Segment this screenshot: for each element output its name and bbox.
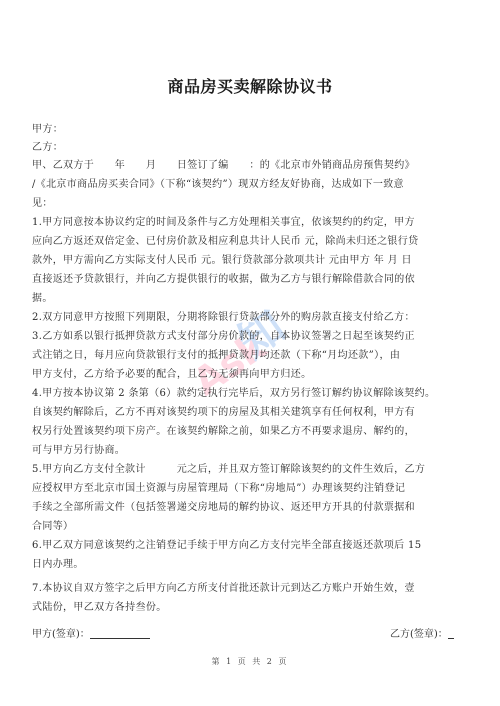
clause-2-line-1: 2.双方同意甲方按照下列期限，分期将除银行贷款部分外的购房款直接支付给乙方： <box>32 312 472 324</box>
clause-3-line-3: 甲方支付，乙方给予必要的配合，且乙方无须再向甲方归还。 <box>32 369 472 381</box>
body-line-1: 甲、乙双方于 年 月 日签订了编 ：的《北京市外销商品房预售契约》 <box>32 160 472 172</box>
clause-1-line-5: 据。 <box>32 293 472 305</box>
signature-party-b-label: 乙方(签章)： <box>390 629 448 640</box>
clause-6-line-2: 日内办理。 <box>32 559 472 571</box>
clause-5-line-2: 应授权甲方至北京市国土资源与房屋管理局（下称“房地局”）办理该契约注销登记 <box>32 483 472 495</box>
body-line-3: 见： <box>32 198 472 210</box>
clause-1-line-1: 1.甲方同意按本协议约定的时间及条件与乙方处理相关事宜，依该契约的约定，甲方 <box>32 217 472 229</box>
clause-5-line-4: 合同等） <box>32 521 472 533</box>
body-line-2: /《北京市商品房买卖合同》（下称“该契约”）现双方经友好协商，达成如下一致意 <box>32 179 472 191</box>
document-page: Ask 知 商品房买卖解除协议书 甲方： 乙方： 甲、乙双方于 年 月 日签订了… <box>0 0 500 706</box>
signature-party-b: 乙方(签章)： <box>390 625 454 640</box>
clause-1-line-4: 直接返还予贷款银行，并向乙方提供银行的收据，做为乙方与银行解除借款合同的依 <box>32 274 472 286</box>
signature-party-a: 甲方(签章)： <box>32 625 150 640</box>
clause-7-line-2: 式陆份，甲乙双方各持叁份。 <box>32 602 472 614</box>
clause-4-line-2: 自该契约解除后，乙方不再对该契约项下的房屋及其相关建筑享有任何权利，甲方有 <box>32 407 472 419</box>
clause-5-line-1: 5.甲方向乙方支付全款计 元之后，并且双方签订解除该契约的文件生效后，乙方 <box>32 464 472 476</box>
clause-7-line-1: 7.本协议自双方签字之后甲方向乙方所支付首批还款计元到达乙方账户开始生效，壹 <box>32 583 472 595</box>
party-b-label: 乙方： <box>32 142 472 154</box>
signature-party-b-line <box>448 628 454 639</box>
clause-3-line-1: 3.乙方如系以银行抵押贷款方式支付部分房价款的，自本协议签署之日起至该契约正 <box>32 331 472 343</box>
clause-4-line-1: 4.甲方按本协议第 2 条第（6）款约定执行完毕后，双方另行签订解约协议解除该契… <box>32 388 472 400</box>
clause-4-line-4: 可与甲方另行协商。 <box>32 445 472 457</box>
clause-4-line-3: 权另行处置该契约项下房产。在该契约解除之前，如果乙方不再要求退房、解约的， <box>32 426 472 438</box>
document-title: 商品房买卖解除协议书 <box>0 74 500 97</box>
clause-5-line-3: 手续之全部所需文件（包括签署递交房地局的解约协议、返还甲方开具的付款票据和 <box>32 502 472 514</box>
page-footer: 第 1 页 共 2 页 <box>0 656 500 667</box>
clause-6-line-1: 6.甲乙双方同意该契约之注销登记手续于甲方向乙方支付完毕全部直接返还款项后 15 <box>32 540 472 552</box>
signature-party-a-line <box>90 628 150 639</box>
signature-party-a-label: 甲方(签章)： <box>32 629 90 640</box>
clause-1-line-2: 应向乙方返还双倍定金、已付房价款及相应利息共计人民币 元，除尚未归还之银行贷 <box>32 236 472 248</box>
clause-1-line-3: 款外，甲方需向乙方实际支付人民币 元。银行贷款部分款项共计 元由甲方 年 月 日 <box>32 255 472 267</box>
clause-3-line-2: 式注销之日，每月应向贷款银行支付的抵押贷款月均还款（下称“月均还款”），由 <box>32 350 472 362</box>
party-a-label: 甲方： <box>32 124 472 136</box>
